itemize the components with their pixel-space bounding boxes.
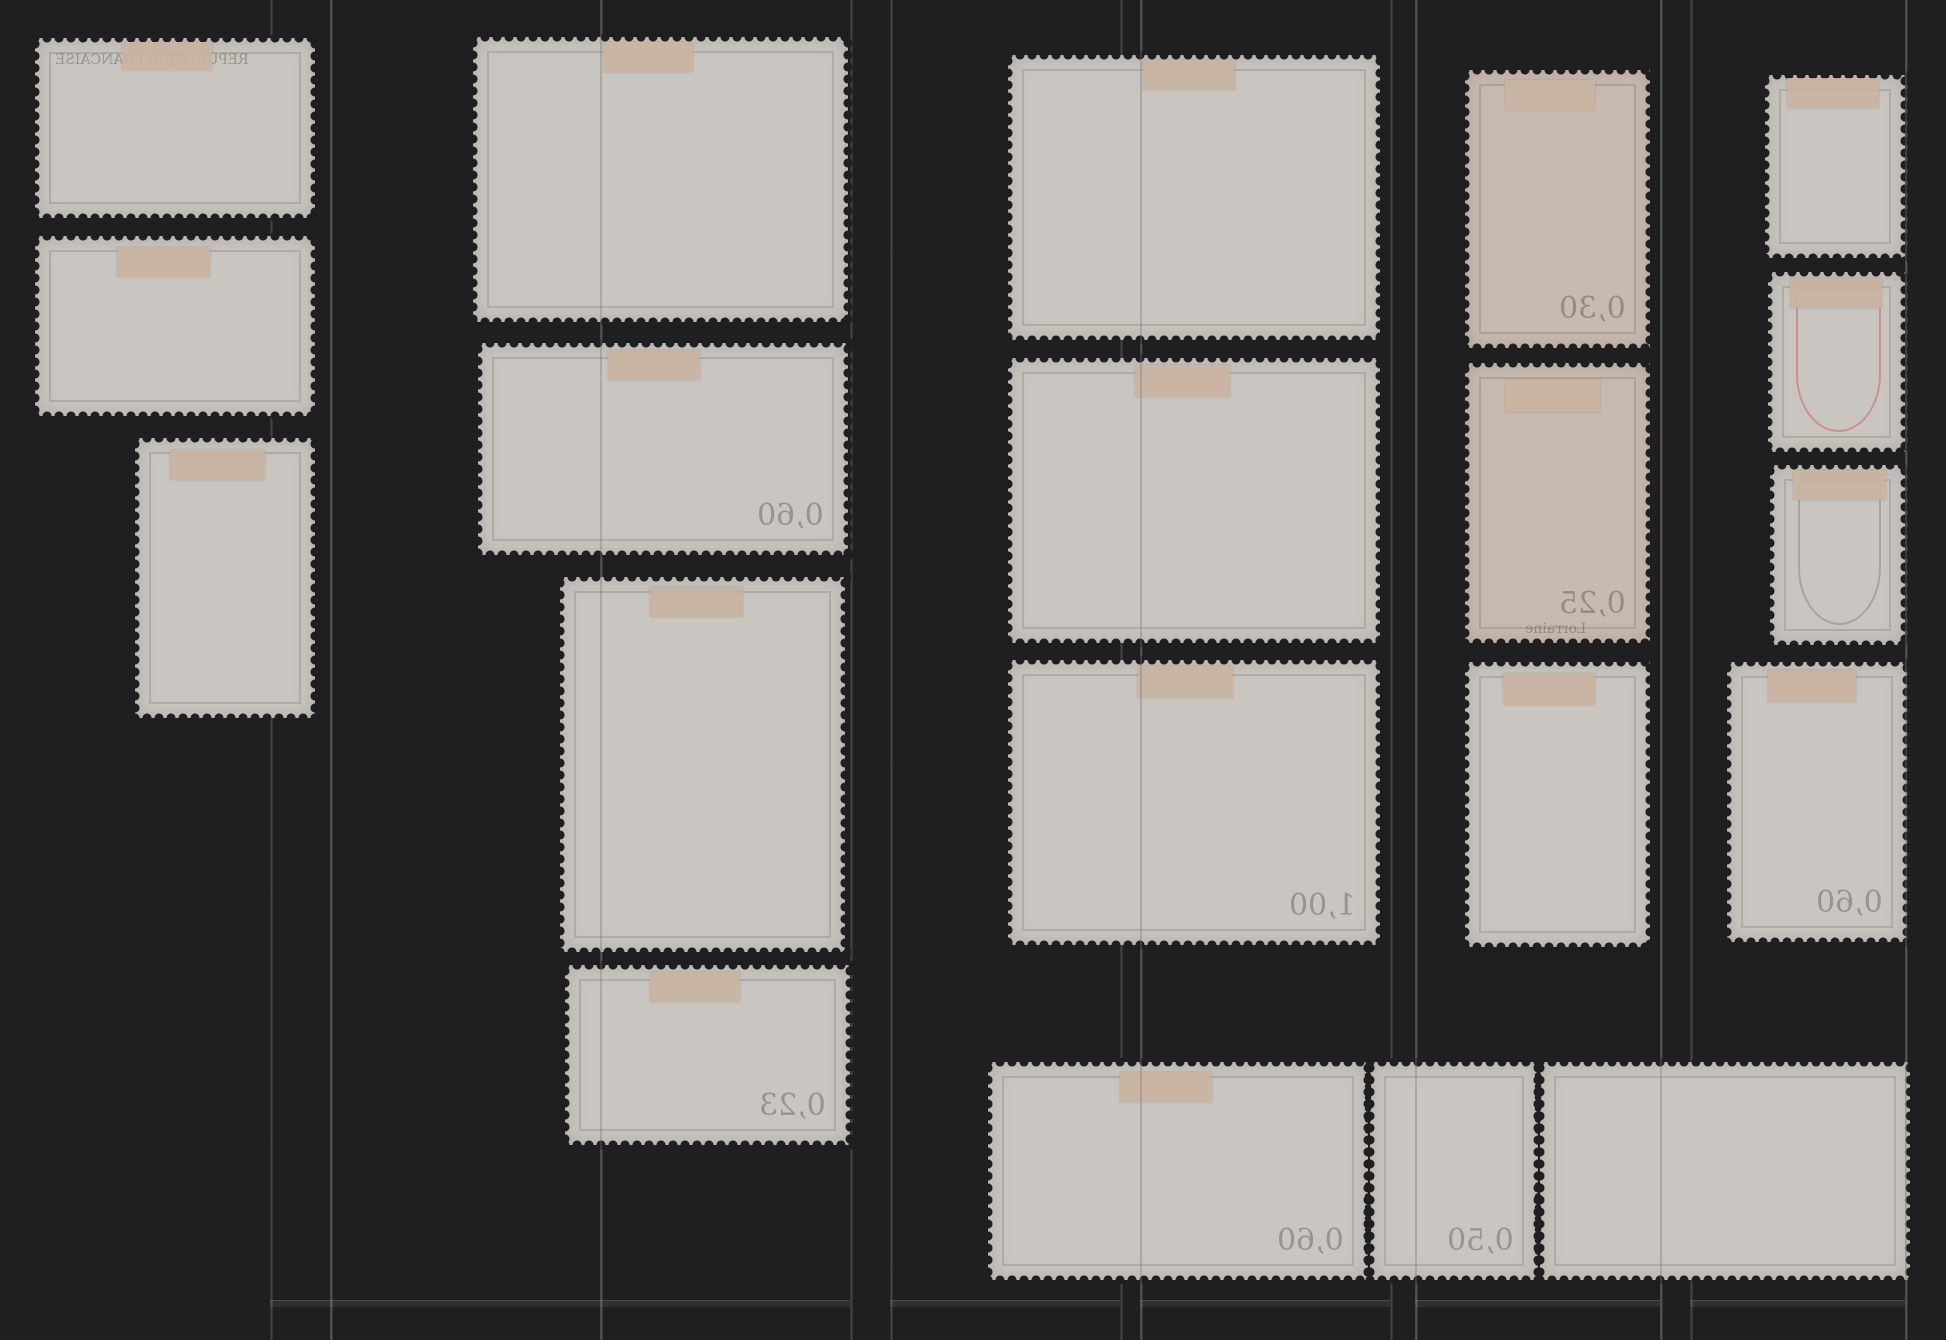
hinge-remnant bbox=[1793, 470, 1886, 500]
perforation-right bbox=[1374, 55, 1386, 340]
hinge-remnant bbox=[170, 450, 265, 480]
denomination-showthrough: 0,60 bbox=[757, 498, 824, 533]
perforation-left bbox=[1459, 662, 1471, 947]
perforation-right bbox=[842, 37, 854, 322]
hinge-remnant bbox=[1790, 278, 1882, 308]
perforation-right bbox=[1644, 70, 1656, 348]
strip-divider bbox=[890, 0, 893, 1340]
strip-fold-line bbox=[330, 0, 332, 1340]
design-frame-showthrough bbox=[487, 51, 834, 308]
denomination-showthrough: 0,60 bbox=[1277, 1223, 1344, 1258]
perforation-left bbox=[467, 37, 479, 322]
hinge-remnant bbox=[1503, 673, 1595, 705]
perforation-between-stamps bbox=[1534, 1070, 1542, 1270]
perforation-right bbox=[1644, 662, 1656, 947]
stamp[interactable] bbox=[1008, 55, 1380, 340]
design-frame-showthrough bbox=[1022, 372, 1366, 629]
perforation-left bbox=[29, 236, 41, 416]
stamp[interactable]: 0,30 bbox=[1465, 70, 1650, 348]
perforation-right bbox=[1901, 662, 1913, 942]
perforation-left bbox=[1759, 75, 1771, 258]
coat-of-arms-showthrough bbox=[1798, 481, 1881, 625]
hinge-remnant bbox=[1505, 80, 1595, 110]
strip-fold-line bbox=[1415, 0, 1417, 1340]
hinge-remnant bbox=[1143, 60, 1235, 90]
hinge-remnant bbox=[117, 247, 210, 277]
stamp[interactable] bbox=[473, 37, 848, 322]
denomination-showthrough: 0,50 bbox=[1447, 1223, 1514, 1258]
perforation-left bbox=[1002, 55, 1014, 340]
stamp[interactable]: 0,50 bbox=[1370, 1062, 1538, 1280]
perforation-between-stamps bbox=[1364, 1070, 1372, 1270]
design-frame-showthrough bbox=[1779, 89, 1891, 244]
hinge-remnant bbox=[1135, 365, 1230, 397]
perforation-right bbox=[309, 38, 321, 218]
coat-of-arms-showthrough bbox=[1796, 288, 1881, 432]
hinge-remnant bbox=[603, 42, 693, 72]
stamp[interactable]: 0,60 bbox=[1727, 662, 1907, 942]
hinge-remnant bbox=[1138, 666, 1233, 698]
hinge-remnant bbox=[1768, 670, 1856, 702]
design-frame-showthrough bbox=[1479, 676, 1636, 933]
perforation-right bbox=[1374, 358, 1386, 643]
hinge-remnant bbox=[1787, 78, 1879, 108]
stamp[interactable] bbox=[1008, 358, 1380, 643]
perforation-right bbox=[309, 438, 321, 718]
perforation-right bbox=[844, 965, 856, 1145]
strip-bottom-edge bbox=[270, 1300, 600, 1307]
stamp[interactable] bbox=[135, 438, 315, 718]
perforation-right bbox=[309, 236, 321, 416]
perforation-right bbox=[1644, 363, 1656, 643]
hinge-remnant bbox=[608, 350, 700, 380]
strip-fold-line bbox=[1905, 0, 1907, 1340]
perforation-left bbox=[1762, 272, 1774, 452]
strip-bottom-edge bbox=[1415, 1300, 1660, 1307]
strip-bottom-edge bbox=[1690, 1300, 1905, 1307]
strip-fold-line bbox=[1140, 0, 1142, 1340]
perforation-right bbox=[1374, 660, 1386, 945]
caption-showthrough: Lorraine bbox=[1525, 621, 1586, 637]
hinge-remnant bbox=[1505, 380, 1600, 412]
strip-fold-line bbox=[1660, 0, 1662, 1340]
hinge-remnant bbox=[122, 42, 212, 70]
denomination-showthrough: 0,30 bbox=[1559, 291, 1626, 326]
strip-bottom-edge bbox=[890, 1300, 1120, 1307]
perforation-left bbox=[1764, 465, 1776, 645]
design-frame-showthrough bbox=[574, 591, 831, 938]
perforation-left bbox=[1002, 358, 1014, 643]
denomination-showthrough: 0,25 bbox=[1559, 586, 1626, 621]
perforation-left bbox=[1002, 660, 1014, 945]
strip-bottom-edge bbox=[600, 1300, 850, 1307]
hinge-remnant bbox=[650, 587, 743, 617]
perforation-left bbox=[559, 965, 571, 1145]
stockbook-page: REPUBLIQUE FRANCAISE0,600,231,000,300,25… bbox=[0, 0, 1946, 1340]
design-frame-showthrough bbox=[149, 452, 301, 704]
stamp[interactable] bbox=[1540, 1062, 1910, 1280]
perforation-right bbox=[842, 343, 854, 555]
perforation-left bbox=[1459, 363, 1471, 643]
perforation-right bbox=[839, 577, 851, 952]
design-frame-showthrough bbox=[1554, 1076, 1896, 1266]
perforation-left bbox=[982, 1062, 994, 1280]
stamp[interactable]: 1,00 bbox=[1008, 660, 1380, 945]
perforation-left bbox=[29, 38, 41, 218]
denomination-showthrough: 1,00 bbox=[1289, 888, 1356, 923]
design-frame-showthrough bbox=[1022, 69, 1366, 326]
design-frame-showthrough bbox=[49, 52, 301, 204]
perforation-left bbox=[129, 438, 141, 718]
stamp[interactable] bbox=[560, 577, 845, 952]
hinge-remnant bbox=[1120, 1072, 1212, 1102]
strip-bottom-edge bbox=[1140, 1300, 1390, 1307]
hinge-remnant bbox=[650, 972, 740, 1002]
perforation-left bbox=[472, 343, 484, 555]
denomination-showthrough: 0,60 bbox=[1816, 885, 1883, 920]
perforation-left bbox=[1721, 662, 1733, 942]
perforation-left bbox=[1459, 70, 1471, 348]
denomination-showthrough: 0,23 bbox=[759, 1088, 826, 1123]
strip-fold-line bbox=[600, 0, 602, 1340]
perforation-left bbox=[554, 577, 566, 952]
